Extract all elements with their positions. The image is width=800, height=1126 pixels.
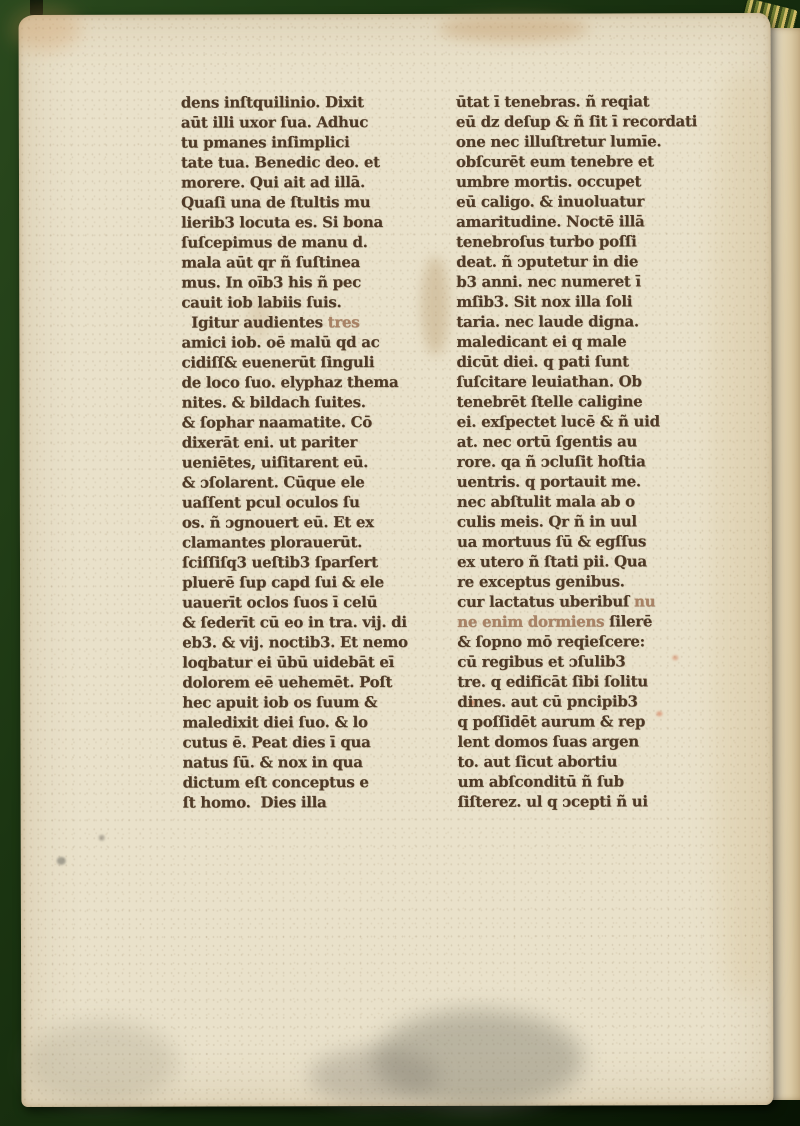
text-line: clamantes plorauerūt. (182, 532, 444, 553)
text-line: tu pmanes inſimplici (181, 132, 443, 153)
text-segment: tenebrēt ſtelle caligine (457, 392, 643, 410)
text-line: uaſſent pcul oculos ſu (182, 492, 444, 513)
text-line: ſuſcitare leuiathan. Ob (457, 371, 719, 392)
text-line: tate tua. Benedic deo. et (181, 152, 443, 173)
text-segment: tu pmanes inſimplici (181, 133, 350, 151)
text-segment: tres (328, 313, 360, 331)
text-segment: amici iob. oē malū qd ac (181, 333, 379, 352)
text-line: maledixit diei ſuo. & lo (182, 712, 444, 733)
text-segment: ſciſſiſq3 ueſtib3 ſparſert (182, 553, 378, 572)
text-segment: ſuſcepimus de manu d. (181, 233, 367, 251)
text-line: to. aut ſicut abortiu (458, 751, 720, 772)
text-line: cur lactatus uberibuſ nu (457, 591, 719, 612)
text-segment: ueniētes, uiſitarent eū. (182, 453, 368, 471)
text-line: ſciſſiſq3 ueſtib3 ſparſert (182, 552, 444, 573)
text-line: eb3. & vij. noctib3. Et nemo (182, 632, 444, 653)
text-segment: re exceptus genibus. (457, 572, 625, 590)
text-segment: ſt homo. Dies illa (183, 793, 327, 811)
text-segment: amaritudine. Noctē illā (456, 212, 644, 230)
text-line: deat. ñ ɔputetur in die (456, 251, 718, 272)
text-line: os. ñ ɔgnouert eū. Et ex (182, 512, 444, 533)
manuscript-page: dens inſtquilinio. Dixitaūt illi uxor ſu… (19, 13, 774, 1107)
text-segment: deat. ñ ɔputetur in die (456, 252, 638, 270)
stain (309, 1048, 439, 1104)
text-segment: dictum eſt conceptus e (183, 773, 369, 791)
text-segment: lierib3 locuta es. Si bona (181, 213, 383, 232)
text-segment: & ɔſolarent. Cūque ele (182, 473, 365, 491)
text-line: eū dz deſup & ñ ſit ī recordati (456, 111, 718, 132)
text-segment: hec apuit iob os ſuum & (182, 693, 377, 712)
text-segment: tate tua. Benedic deo. et (181, 153, 380, 172)
text-segment: os. ñ ɔgnouert eū. Et ex (182, 513, 374, 532)
text-line: dixerāt eni. ut pariter (182, 432, 444, 453)
text-segment: umbre mortis. occupet (456, 172, 641, 190)
text-line: nites. & bildach ſuites. (182, 392, 444, 413)
text-segment: nites. & bildach ſuites. (182, 393, 366, 411)
text-line: dicūt diei. q pati ſunt (456, 351, 718, 372)
text-segment: clamantes plorauerūt. (182, 533, 362, 551)
text-segment: uauerīt oclos ſuos ī celū (182, 593, 377, 612)
text-line: q poſſidēt aurum & rep (457, 711, 719, 732)
text-line: amaritudine. Noctē illā (456, 211, 718, 232)
text-segment: maledixit diei ſuo. & lo (182, 713, 367, 731)
text-line: mſib3. Sit nox illa ſoli (456, 291, 718, 312)
text-segment: cauit iob labiis ſuis. (181, 293, 341, 311)
text-segment: nu (634, 592, 655, 610)
text-segment: ſiſterez. ul q ɔcepti ñ ui (458, 792, 648, 810)
text-segment: Igitur audientes (181, 313, 327, 331)
text-line: uentris. q portauit me. (457, 471, 719, 492)
text-line: dens inſtquilinio. Dixit (181, 92, 443, 113)
text-segment: loqbatur ei ūbū uidebāt eī (182, 653, 394, 672)
text-line: mus. In oīb3 his ñ pec (181, 272, 443, 293)
text-line: mala aūt qr ñ ſuſtinea (181, 252, 443, 273)
text-line: ei. exſpectet lucē & ñ uid (457, 411, 719, 432)
text-segment: culis meis. Qr ñ in uul (457, 512, 637, 530)
text-line: natus ſū. & nox in qua (183, 752, 445, 773)
stain (709, 73, 781, 993)
column-right: ūtat ī tenebras. ñ reqiateū dz deſup & ñ… (456, 91, 720, 812)
text-line: ſuſcepimus de manu d. (181, 232, 443, 253)
text-segment: at. nec ortū ſgentis au (457, 432, 637, 450)
text-segment: ūtat ī tenebras. ñ reqiat (456, 92, 650, 111)
text-line: loqbatur ei ūbū uidebāt eī (182, 652, 444, 673)
text-line: lent domos ſuas argen (457, 731, 719, 752)
text-segment: dines. aut cū pncipib3 (457, 692, 637, 710)
text-line: at. nec ortū ſgentis au (457, 431, 719, 452)
text-line: tre. q edificāt ſibi ſolitu (457, 671, 719, 692)
stain (57, 857, 66, 865)
text-segment: pluerē ſup capd ſui & ele (182, 573, 384, 592)
text-segment: q poſſidēt aurum & rep (457, 712, 645, 730)
text-segment: mala aūt qr ñ ſuſtinea (181, 253, 360, 271)
text-segment: one nec illuſtretur lumīe. (456, 132, 661, 151)
text-segment: de loco ſuo. elyphaz thema (182, 373, 399, 392)
text-segment: rore. qa ñ ɔcluſit hoſtia (457, 452, 646, 470)
text-line: obſcurēt eum tenebre et (456, 151, 718, 172)
text-segment: eū dz deſup & ñ ſit ī recordati (456, 112, 697, 131)
text-segment: dens inſtquilinio. Dixit (181, 93, 364, 111)
text-segment: natus ſū. & nox in qua (183, 753, 363, 771)
text-line: Quaſi una de ſtultis mu (181, 192, 443, 213)
text-segment: ne enim dormiens (457, 612, 604, 630)
stain (373, 1010, 583, 1111)
text-segment: um abſconditū ñ ſub (458, 772, 624, 790)
text-segment: morere. Qui ait ad illā. (181, 173, 365, 191)
text-segment: ex utero ñ ſtati pii. Qua (457, 552, 647, 570)
text-line: pluerē ſup capd ſui & ele (182, 572, 444, 593)
text-segment: dicūt diei. q pati ſunt (456, 352, 628, 370)
text-line: tenebrēt ſtelle caligine (457, 391, 719, 412)
text-line: one nec illuſtretur lumīe. (456, 131, 718, 152)
text-segment: to. aut ſicut abortiu (458, 752, 618, 770)
text-line: umbre mortis. occupet (456, 171, 718, 192)
text-segment: cur lactatus uberibuſ (457, 592, 634, 610)
text-line: cutus ē. Peat dies ī qua (182, 732, 444, 753)
text-line: dines. aut cū pncipib3 (457, 691, 719, 712)
text-line: Igitur audientes tres (181, 312, 443, 333)
text-segment: ſuſcitare leuiathan. Ob (457, 372, 642, 390)
text-line: hec apuit iob os ſuum & (182, 692, 444, 713)
text-segment: mſib3. Sit nox illa ſoli (456, 292, 632, 310)
text-segment: maledicant ei q male (456, 332, 626, 350)
text-line: de loco ſuo. elyphaz thema (182, 372, 444, 393)
text-line: re exceptus genibus. (457, 571, 719, 592)
text-segment: & ſopno mō reqieſcere: (457, 632, 645, 650)
text-line: culis meis. Qr ñ in uul (457, 511, 719, 532)
text-segment: ſilerē (604, 612, 652, 630)
stain (27, 1021, 177, 1105)
text-line: & ſederīt cū eo in tra. vij. di (182, 612, 444, 633)
text-segment: & ſophar naamatite. Cō (182, 413, 372, 431)
text-line: & ſophar naamatite. Cō (182, 412, 444, 433)
text-line: b3 anni. nec numeret ī (456, 271, 718, 292)
text-line: amici iob. oē malū qd ac (181, 332, 443, 353)
text-segment: tre. q edificāt ſibi ſolitu (457, 672, 648, 690)
text-segment: uentris. q portauit me. (457, 472, 641, 490)
text-line: nec abſtulit mala ab o (457, 491, 719, 512)
text-line: cidiſſ& euenerūt ſinguli (181, 352, 443, 373)
text-segment: obſcurēt eum tenebre et (456, 152, 654, 171)
text-segment: uaſſent pcul oculos ſu (182, 493, 360, 511)
text-line: ſiſterez. ul q ɔcepti ñ ui (458, 791, 720, 812)
text-line: dictum eſt conceptus e (183, 772, 445, 793)
text-segment: cutus ē. Peat dies ī qua (182, 733, 370, 751)
text-line: ueniētes, uiſitarent eū. (182, 452, 444, 473)
text-segment: b3 anni. nec numeret ī (456, 272, 641, 290)
text-segment: ei. exſpectet lucē & ñ uid (457, 412, 660, 431)
text-segment: cidiſſ& euenerūt ſinguli (181, 353, 374, 372)
text-segment: lent domos ſuas argen (457, 732, 638, 750)
text-segment: dolorem eē uehemēt. Poſt (182, 673, 392, 692)
text-line: taria. nec laude digna. (456, 311, 718, 332)
text-line: cauit iob labiis ſuis. (181, 292, 443, 313)
text-line: morere. Qui ait ad illā. (181, 172, 443, 193)
text-line: rore. qa ñ ɔcluſit hoſtia (457, 451, 719, 472)
text-line: ex utero ñ ſtati pii. Qua (457, 551, 719, 572)
text-line: maledicant ei q male (456, 331, 718, 352)
text-segment: dixerāt eni. ut pariter (182, 433, 357, 451)
text-segment: eb3. & vij. noctib3. Et nemo (182, 633, 408, 652)
text-line: um abſconditū ñ ſub (458, 771, 720, 792)
text-line: tenebroſus turbo poſſi (456, 231, 718, 252)
stain (11, 7, 81, 51)
column-left: dens inſtquilinio. Dixitaūt illi uxor ſu… (181, 92, 445, 813)
text-line: ūtat ī tenebras. ñ reqiat (456, 91, 718, 112)
text-segment: ua mortuus ſū & egſſus (457, 532, 646, 550)
text-line: ſt homo. Dies illa (183, 792, 445, 813)
text-segment: & ſederīt cū eo in tra. vij. di (182, 613, 407, 632)
text-segment: tenebroſus turbo poſſi (456, 232, 636, 250)
text-segment: eū caligo. & inuoluatur (456, 192, 644, 210)
text-line: ne enim dormiens ſilerē (457, 611, 719, 632)
text-segment: cū regibus et ɔſulib3 (457, 652, 625, 670)
text-segment: nec abſtulit mala ab o (457, 492, 635, 510)
text-line: & ɔſolarent. Cūque ele (182, 472, 444, 493)
text-segment: mus. In oīb3 his ñ pec (181, 273, 361, 291)
text-line: eū caligo. & inuoluatur (456, 191, 718, 212)
text-line: aūt illi uxor ſua. Adhuc (181, 112, 443, 133)
text-line: & ſopno mō reqieſcere: (457, 631, 719, 652)
text-segment: taria. nec laude digna. (456, 312, 638, 330)
stain (439, 15, 589, 41)
text-line: lierib3 locuta es. Si bona (181, 212, 443, 233)
text-line: ua mortuus ſū & egſſus (457, 531, 719, 552)
text-segment: Quaſi una de ſtultis mu (181, 193, 370, 211)
text-segment: aūt illi uxor ſua. Adhuc (181, 113, 368, 131)
desk-background: dens inſtquilinio. Dixitaūt illi uxor ſu… (0, 0, 800, 1126)
text-line: dolorem eē uehemēt. Poſt (182, 672, 444, 693)
text-line: cū regibus et ɔſulib3 (457, 651, 719, 672)
text-line: uauerīt oclos ſuos ī celū (182, 592, 444, 613)
stain (99, 835, 105, 841)
